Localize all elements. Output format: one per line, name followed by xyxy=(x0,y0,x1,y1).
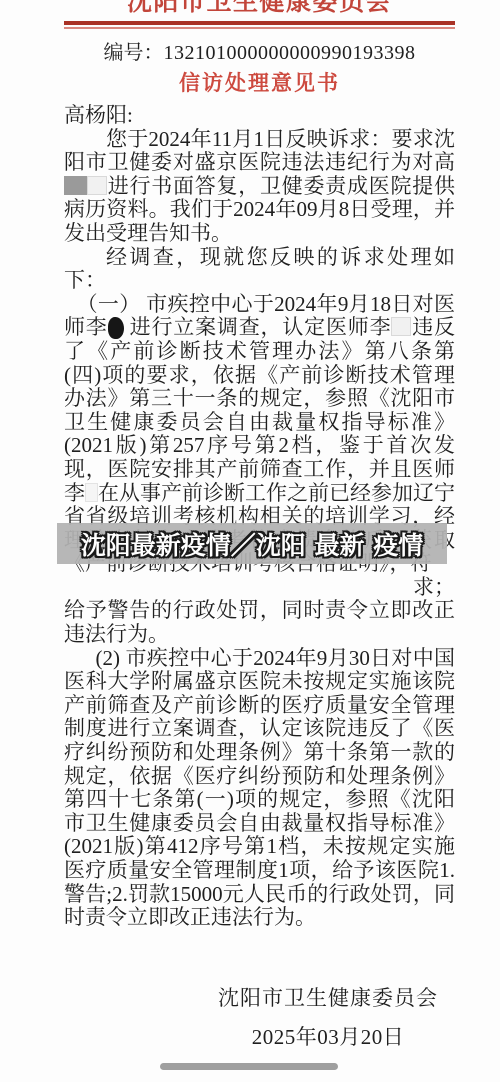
document-number-label: 编号： xyxy=(104,42,164,64)
paragraph: 经调查，现就您反映的诉求处理如下： xyxy=(64,246,455,293)
header-divider-rule xyxy=(64,21,455,29)
redaction-box-ghost xyxy=(87,176,107,195)
paragraph-continuation: 给予警告的行政处罚，同时责令立即改正违法行为。 xyxy=(64,599,455,646)
bottom-scroll-indicator[interactable] xyxy=(160,1063,338,1070)
redaction-box-blob xyxy=(108,317,124,339)
redaction-box-solid xyxy=(64,176,87,195)
document-number-value: 132101000000000990193398 xyxy=(164,42,416,64)
org-title: 沈阳市卫生健康委员会 xyxy=(64,0,455,18)
document-title: 信访处理意见书 xyxy=(64,67,455,97)
watermark-band: 沈阳最新疫情／沈阳 最新 疫情 xyxy=(57,523,447,564)
redaction-box-ghost-sm xyxy=(85,483,98,502)
document-body: 高杨阳:您于2024年11月1日反映诉求：要求沈阳市卫健委对盛京医院违法违纪行为… xyxy=(64,104,455,930)
watermark-text: 沈阳最新疫情／沈阳 最新 疫情 xyxy=(81,526,423,562)
paragraph: 您于2024年11月1日反映诉求：要求沈阳市卫健委对盛京医院违法违纪行为对高进行… xyxy=(64,128,455,246)
paragraph-item-2: (2) 市疾控中心于2024年9月30日对中国医科大学附属盛京医院未按规定实施该… xyxy=(64,647,455,930)
watermark-covered-line: 求； xyxy=(64,576,455,600)
document-number-line: 编号：132101000000000990193398 xyxy=(64,36,455,65)
document-page: 沈阳市卫生健康委员会 编号：132101000000000990193398 信… xyxy=(0,0,500,1082)
signature-inner: 沈阳市卫生健康委员会 2025年03月20日 xyxy=(218,982,438,1051)
signature-date: 2025年03月20日 xyxy=(218,1021,438,1051)
signature-block: 沈阳市卫生健康委员会 2025年03月20日 xyxy=(64,982,455,1051)
signature-org: 沈阳市卫生健康委员会 xyxy=(218,982,438,1012)
salutation-line: 高杨阳: xyxy=(64,104,455,128)
redaction-box-ghost xyxy=(391,317,411,336)
